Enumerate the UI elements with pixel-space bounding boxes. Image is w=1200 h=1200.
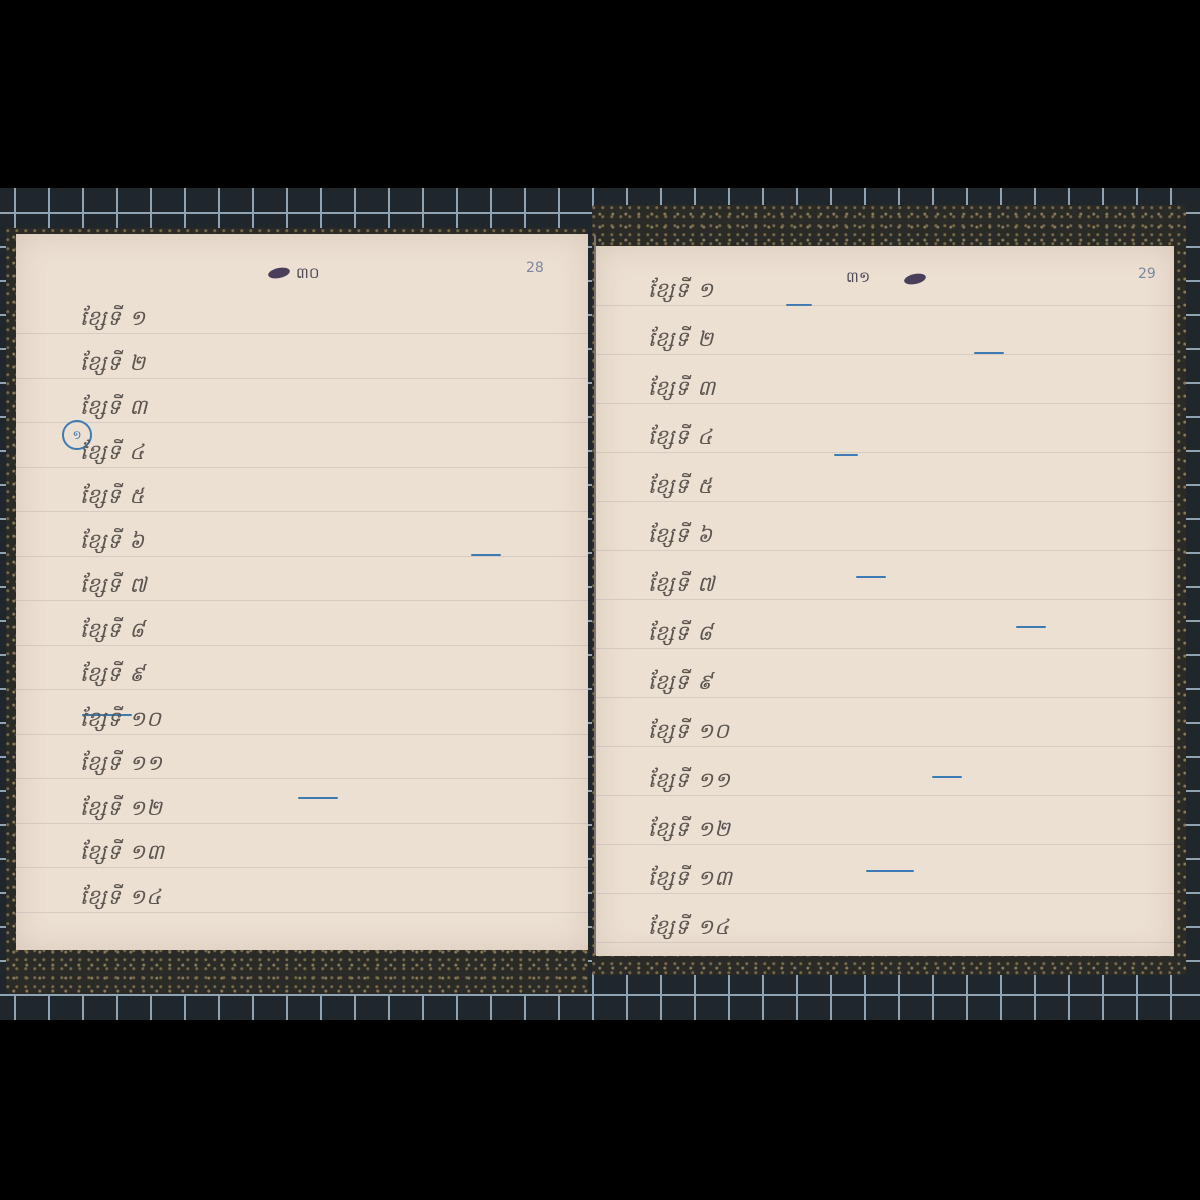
right-page-khmer-number: ៣១ — [846, 268, 870, 290]
notebook-spine-stitch — [594, 235, 596, 955]
handwritten-line: ខ្សែទី ២ — [80, 350, 146, 381]
handwritten-line: ខ្សែទី ១៣ — [80, 839, 165, 870]
left-page: ៣០ 28 ១ ខ្សែទី ១ខ្សែទី ២ខ្សែទី ៣ខ្សែទី ៤… — [16, 234, 588, 950]
ink-blot — [267, 266, 291, 280]
handwritten-line: ខ្សែទី ១៣ — [648, 865, 733, 896]
handwritten-line: ខ្សែទី ២ — [648, 326, 714, 357]
annotation-underline — [834, 454, 858, 456]
annotation-underline — [856, 576, 886, 578]
handwritten-line: ខ្សែទី ១១ — [648, 767, 731, 798]
annotation-underline — [866, 870, 914, 872]
handwritten-line: ខ្សែទី ៩ — [648, 669, 713, 700]
handwritten-line: ខ្សែទី ១២ — [648, 816, 731, 847]
handwritten-line: ខ្សែទី ១ — [80, 305, 146, 336]
annotation-underline — [298, 797, 338, 799]
right-page-pencil-number: 29 — [1138, 266, 1156, 282]
handwritten-line: ខ្សែទី ៧ — [80, 572, 147, 603]
handwritten-line: ខ្សែទី ១ — [648, 277, 714, 308]
handwritten-line: ខ្សែទី ៦ — [648, 522, 713, 553]
left-page-khmer-number: ៣០ — [296, 264, 319, 286]
annotation-underline — [1016, 626, 1046, 628]
ink-blot — [903, 272, 927, 286]
handwritten-line: ខ្សែទី ៥ — [80, 483, 145, 514]
handwritten-line: ខ្សែទី ១២ — [80, 795, 163, 826]
handwritten-line: ខ្សែទី ១០ — [80, 706, 162, 737]
left-page-pencil-number: 28 — [526, 260, 544, 276]
handwritten-line: ខ្សែទី ៤ — [80, 439, 145, 470]
handwritten-line: ខ្សែទី ១០ — [648, 718, 730, 749]
handwritten-line: ខ្សែទី ៨ — [648, 620, 713, 651]
handwritten-line: ខ្សែទី ៣ — [648, 375, 716, 406]
handwritten-line: ខ្សែទី ៤ — [648, 424, 713, 455]
annotation-underline — [932, 776, 962, 778]
handwritten-line: ខ្សែទី ១៤ — [648, 914, 730, 945]
handwritten-line: ខ្សែទី ១៤ — [80, 884, 162, 915]
handwritten-line: ខ្សែទី ១១ — [80, 750, 163, 781]
right-page: ៣១ 29 ខ្សែទី ១ខ្សែទី ២ខ្សែទី ៣ខ្សែទី ៤ខ្… — [596, 246, 1174, 956]
handwritten-line: ខ្សែទី ៨ — [80, 617, 145, 648]
handwritten-line: ខ្សែទី ៦ — [80, 528, 145, 559]
handwritten-line: ខ្សែទី ៧ — [648, 571, 715, 602]
handwritten-line: ខ្សែទី ៣ — [80, 394, 148, 425]
handwritten-line: ខ្សែទី ៩ — [80, 661, 145, 692]
handwritten-line: ខ្សែទី ៥ — [648, 473, 713, 504]
